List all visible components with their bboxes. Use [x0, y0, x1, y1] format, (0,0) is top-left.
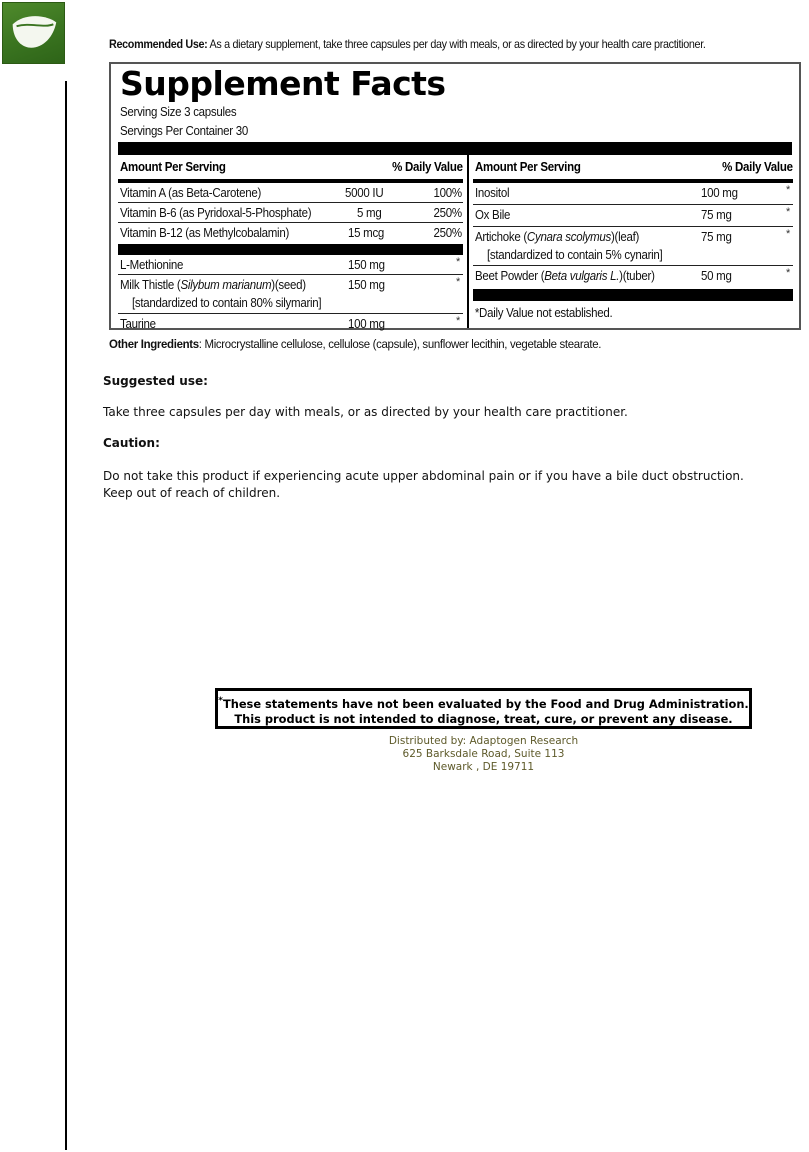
nutrient-name: Taurine	[120, 317, 156, 331]
daily-value-header: % Daily Value	[392, 160, 463, 174]
daily-value-footnote: *Daily Value not established.	[473, 306, 767, 320]
brand-logo	[2, 2, 65, 64]
left-vertical-rule	[65, 81, 67, 1150]
nutrient-amount: 75 mg	[701, 208, 732, 222]
botanical-name: Cynara scolymus	[527, 230, 611, 244]
recommended-use: Recommended Use: As a dietary supplement…	[109, 38, 706, 51]
table-row: Inositol 100 mg *	[473, 183, 793, 205]
disclaimer-line-2: This product is not intended to diagnose…	[218, 712, 749, 727]
table-row: Artichoke (Cynara scolymus)(leaf) [stand…	[473, 227, 793, 266]
nutrient-daily-value: *	[456, 315, 460, 327]
nutrient-name: Artichoke (Cynara scolymus)(leaf)	[475, 230, 639, 244]
table-row: Ox Bile 75 mg *	[473, 205, 793, 227]
nutrient-amount: 5000 IU	[345, 186, 383, 200]
nutrient-amount: 15 mcg	[348, 226, 384, 240]
nutrient-daily-value: *	[786, 267, 790, 279]
nutrient-daily-value: *	[786, 206, 790, 218]
caution-line-1: Do not take this product if experiencing…	[103, 468, 744, 485]
daily-value-header: % Daily Value	[722, 160, 793, 174]
name-suffix: )(seed)	[271, 278, 306, 292]
right-nutrient-column: Amount Per Serving % Daily Value Inosito…	[473, 142, 793, 320]
botanical-name: Silybum marianum	[180, 278, 271, 292]
right-column-header: Amount Per Serving % Daily Value	[473, 155, 793, 179]
standardization-note: [standardized to contain 80% silymarin]	[132, 296, 321, 310]
nutrient-amount: 100 mg	[701, 186, 738, 200]
table-row: Vitamin A (as Beta-Carotene) 5000 IU 100…	[118, 183, 463, 203]
distributor-city: Newark , DE 19711	[340, 761, 627, 774]
column-divider	[467, 142, 469, 328]
other-ingredients-label: Other Ingredients	[109, 337, 199, 351]
caution-heading: Caution:	[103, 436, 160, 450]
table-row: Vitamin B-6 (as Pyridoxal-5-Phosphate) 5…	[118, 203, 463, 223]
disclaimer-text-1: These statements have not been evaluated…	[223, 697, 749, 711]
other-nutrient-rows: L-Methionine 150 mg * Milk Thistle (Sily…	[118, 255, 463, 333]
section-divider-bar	[473, 289, 793, 301]
serving-size: Serving Size 3 capsules	[120, 105, 236, 119]
nutrient-amount: 100 mg	[348, 317, 385, 331]
left-column-header: Amount Per Serving % Daily Value	[118, 155, 463, 179]
recommended-use-label: Recommended Use:	[109, 38, 207, 51]
table-row: Milk Thistle (Silybum marianum)(seed) [s…	[118, 275, 463, 314]
nutrient-amount: 150 mg	[348, 278, 385, 292]
supplement-facts-panel: Supplement Facts Serving Size 3 capsules…	[109, 62, 801, 330]
table-row: Taurine 100 mg *	[118, 314, 463, 333]
nutrient-name: Milk Thistle (Silybum marianum)(seed)	[120, 278, 306, 292]
nutrient-daily-value: *	[456, 276, 460, 288]
amount-per-serving-header: Amount Per Serving	[475, 160, 581, 174]
recommended-use-text: As a dietary supplement, take three caps…	[207, 38, 705, 51]
nutrient-daily-value: 100%	[434, 186, 462, 200]
nutrient-amount: 75 mg	[701, 230, 732, 244]
nutrient-name: Beet Powder (Beta vulgaris L.)(tuber)	[475, 269, 655, 283]
servings-per-container: Servings Per Container 30	[120, 124, 248, 138]
nutrient-name: Ox Bile	[475, 208, 510, 222]
suggested-use-text: Take three capsules per day with meals, …	[103, 405, 628, 419]
name-prefix: Milk Thistle (	[120, 278, 180, 292]
leaf-icon	[3, 3, 64, 63]
name-prefix: Artichoke (	[475, 230, 527, 244]
distributor-street: 625 Barksdale Road, Suite 113	[340, 748, 627, 761]
amount-per-serving-header: Amount Per Serving	[120, 160, 226, 174]
distributor-name: Distributed by: Adaptogen Research	[340, 735, 627, 748]
nutrient-amount: 5 mg	[357, 206, 381, 220]
nutrient-name: Vitamin A (as Beta-Carotene)	[120, 186, 261, 200]
nutrient-name: Vitamin B-12 (as Methylcobalamin)	[120, 226, 289, 240]
nutrient-daily-value: 250%	[434, 206, 462, 220]
section-divider-bar	[118, 244, 463, 255]
nutrient-daily-value: *	[786, 184, 790, 196]
name-suffix: )(leaf)	[611, 230, 639, 244]
disclaimer-line-1: *These statements have not been evaluate…	[218, 694, 749, 712]
name-suffix: )(tuber)	[619, 269, 655, 283]
other-ingredients-text: : Microcrystalline cellulose, cellulose …	[199, 337, 601, 351]
standardization-note: [standardized to contain 5% cynarin]	[487, 248, 662, 262]
table-row: Beet Powder (Beta vulgaris L.)(tuber) 50…	[473, 266, 793, 286]
table-row: L-Methionine 150 mg *	[118, 255, 463, 275]
vitamin-rows: Vitamin A (as Beta-Carotene) 5000 IU 100…	[118, 183, 463, 242]
caution-line-2: Keep out of reach of children.	[103, 485, 744, 502]
nutrient-amount: 150 mg	[348, 258, 385, 272]
table-row: Vitamin B-12 (as Methylcobalamin) 15 mcg…	[118, 223, 463, 242]
nutrient-amount: 50 mg	[701, 269, 732, 283]
nutrient-name: L-Methionine	[120, 258, 183, 272]
suggested-use-heading: Suggested use:	[103, 374, 208, 388]
nutrient-name: Vitamin B-6 (as Pyridoxal-5-Phosphate)	[120, 206, 311, 220]
nutrient-daily-value: 250%	[434, 226, 462, 240]
fda-disclaimer-box: *These statements have not been evaluate…	[215, 688, 752, 729]
nutrient-daily-value: *	[456, 256, 460, 268]
other-ingredients: Other Ingredients: Microcrystalline cell…	[109, 337, 601, 351]
nutrient-daily-value: *	[786, 228, 790, 240]
botanical-name: Beta vulgaris L.	[544, 269, 619, 283]
left-nutrient-column: Amount Per Serving % Daily Value Vitamin…	[118, 142, 463, 333]
name-prefix: Beet Powder (	[475, 269, 544, 283]
right-nutrient-rows: Inositol 100 mg * Ox Bile 75 mg * Artich…	[473, 183, 793, 286]
nutrient-name: Inositol	[475, 186, 509, 200]
caution-text: Do not take this product if experiencing…	[103, 468, 744, 502]
supplement-facts-title: Supplement Facts	[120, 64, 446, 104]
distributor-info: Distributed by: Adaptogen Research 625 B…	[340, 735, 627, 774]
